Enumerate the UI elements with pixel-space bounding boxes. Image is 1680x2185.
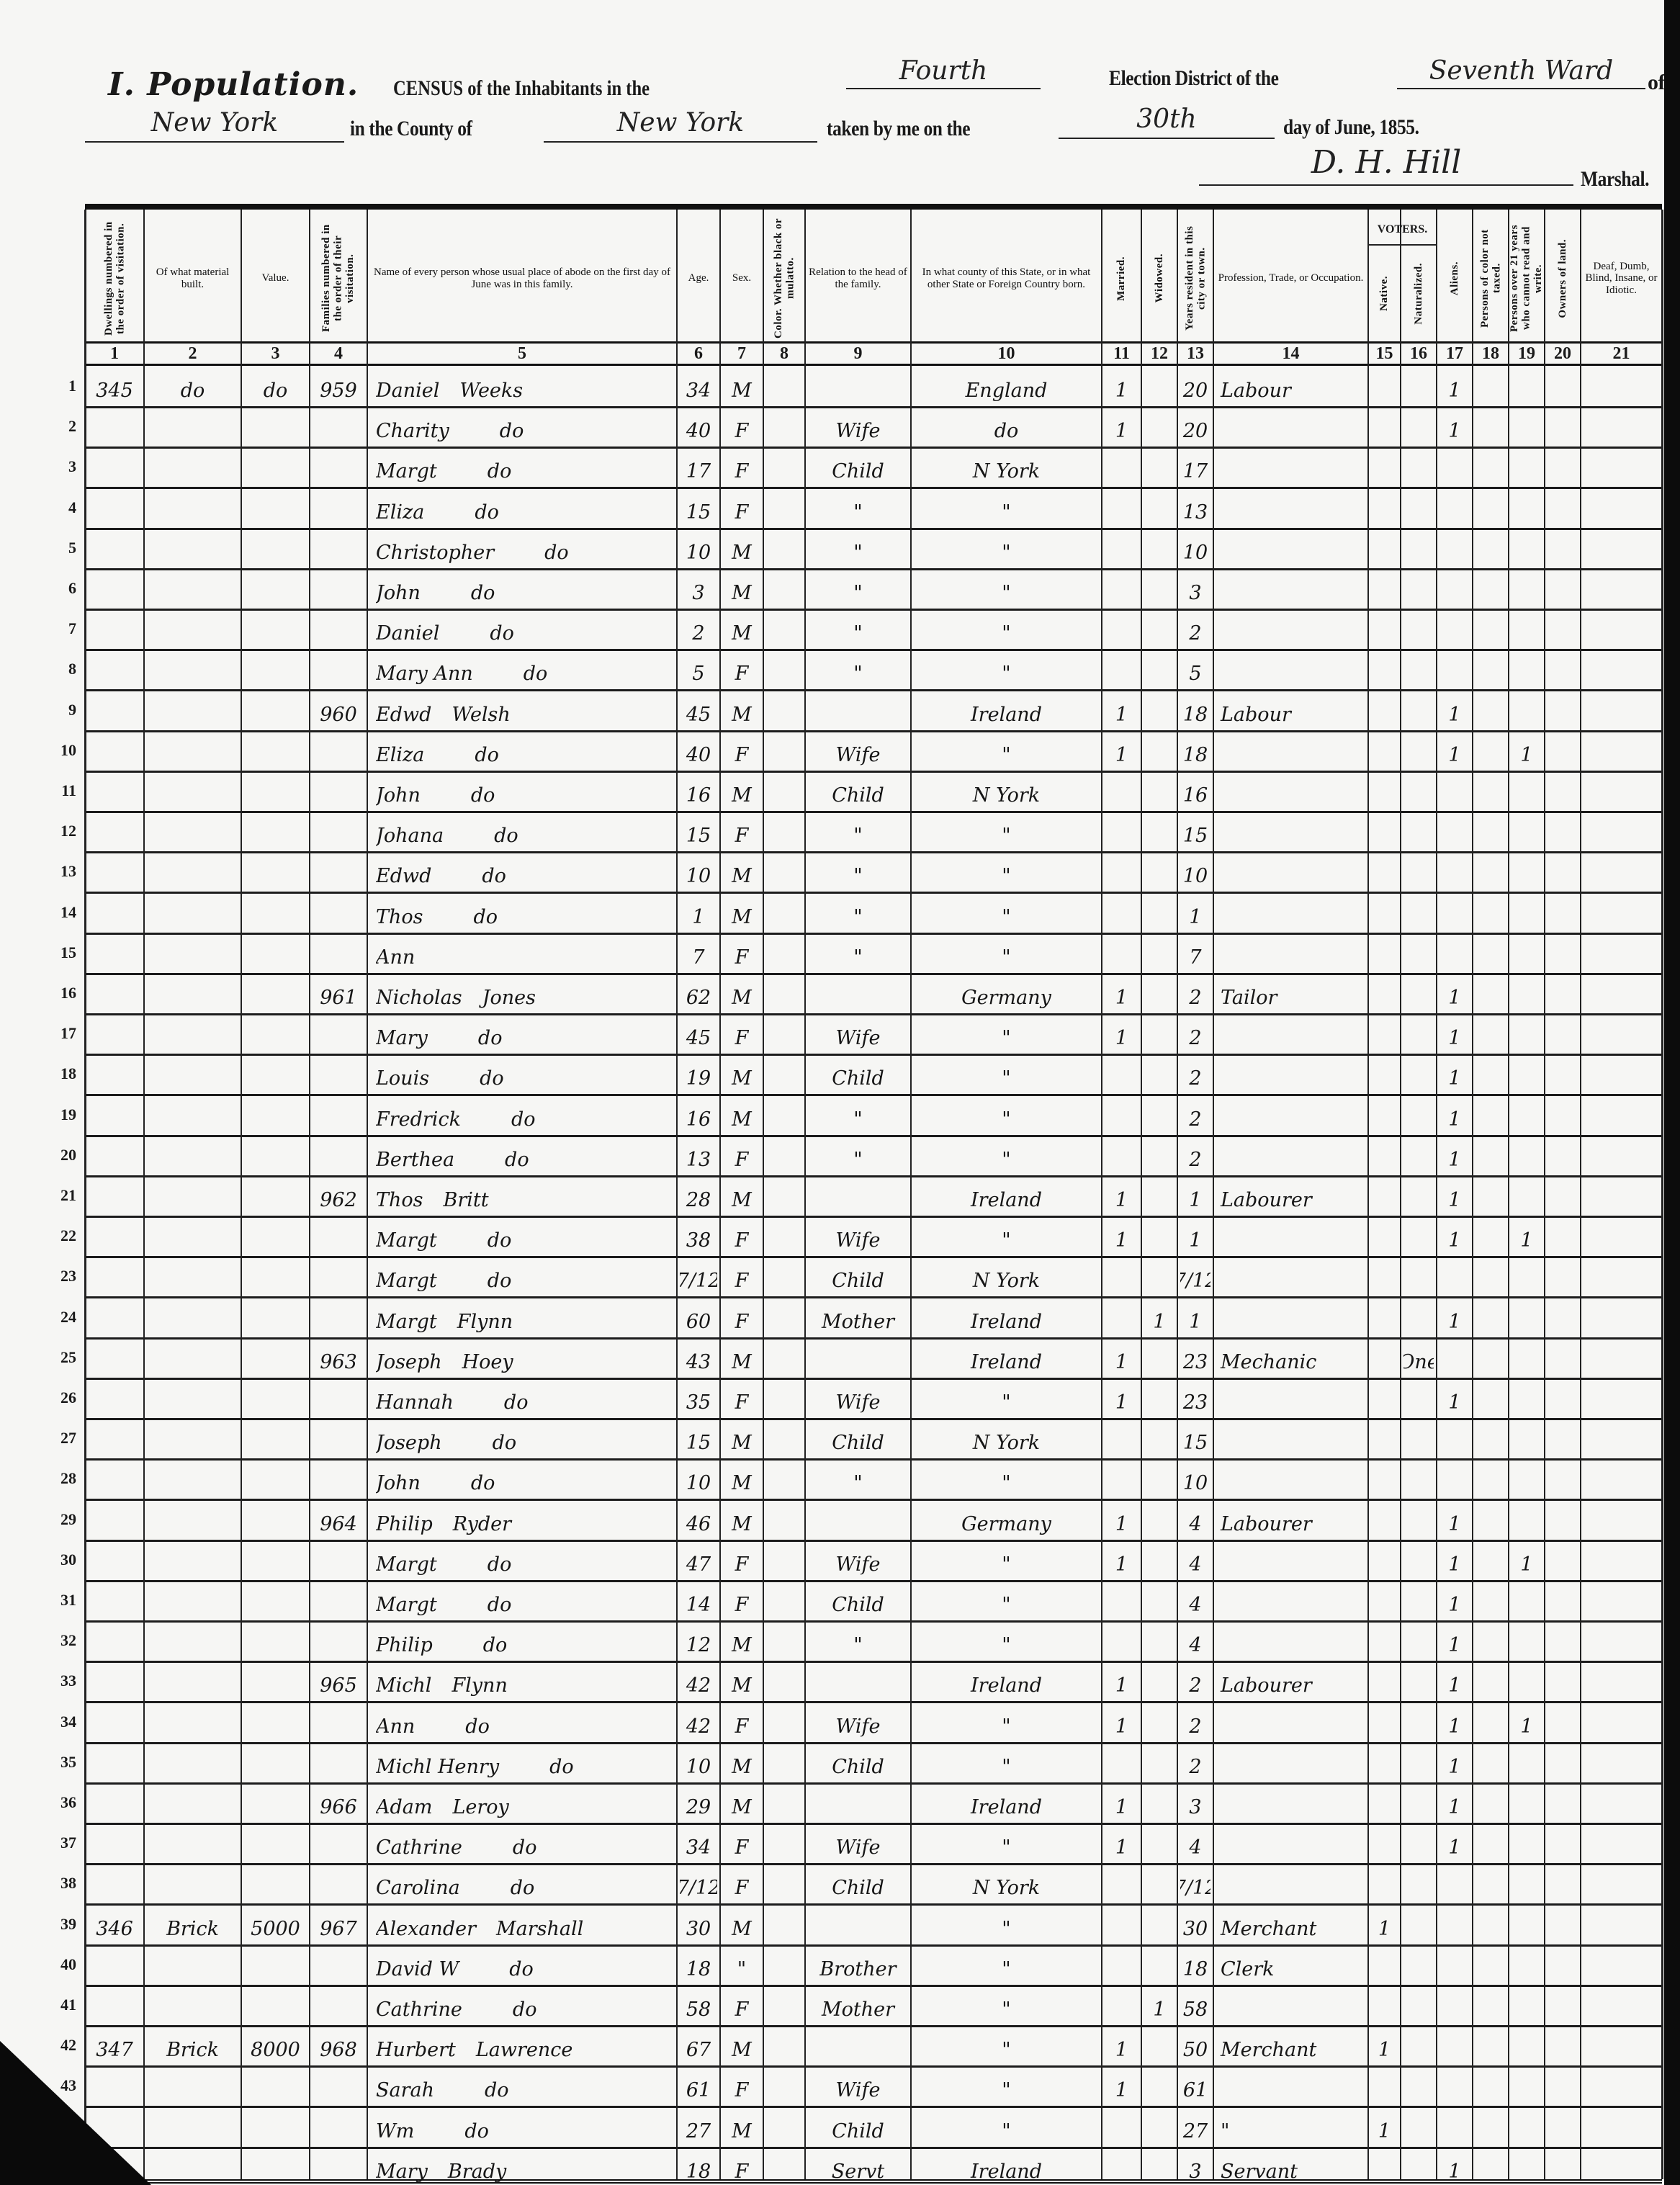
- row-number: 14: [48, 892, 76, 933]
- column-header-label: Families numbered in the order of their …: [320, 217, 356, 340]
- column-header-label: Sex.: [732, 272, 751, 284]
- surname: do: [493, 1432, 517, 1454]
- cell-years: 7: [1180, 933, 1210, 973]
- cell-age: 17: [680, 447, 717, 487]
- column-divider: [309, 210, 310, 2179]
- cell-married: 1: [1105, 1216, 1138, 1256]
- cell-age: 16: [680, 771, 717, 811]
- surname: Marshall: [496, 1918, 583, 1940]
- county-label: in the County of: [350, 117, 472, 141]
- column-number: 12: [1141, 344, 1177, 364]
- row-number: 2: [48, 406, 76, 447]
- surname: do: [480, 1067, 504, 1090]
- given-name: Nicholas: [376, 987, 462, 1009]
- cell-relation: Wife: [808, 1216, 908, 1256]
- cell-aliens: 1: [1439, 1095, 1470, 1135]
- person-name: Anndo: [376, 1702, 674, 1742]
- person-name: Johndo: [376, 568, 674, 609]
- cell-years: 20: [1180, 406, 1210, 447]
- cell-aliens: 1: [1439, 973, 1470, 1013]
- person-name: Philipdo: [376, 1620, 674, 1661]
- cell-relation: Servt: [808, 2147, 908, 2185]
- given-name: Margt: [376, 460, 437, 483]
- column-header-label: Profession, Trade, or Occupation.: [1218, 272, 1364, 284]
- cell-age: 46: [680, 1499, 717, 1540]
- cell-sex: F: [723, 406, 760, 447]
- cell-birthplace: ": [914, 1823, 1099, 1863]
- cell-years: 3: [1180, 2147, 1210, 2185]
- cell-family: 961: [313, 973, 364, 1013]
- surname: Britt: [444, 1189, 489, 1211]
- cell-age: 40: [680, 406, 717, 447]
- cell-age: 7/12: [680, 1863, 717, 1903]
- cell-birthplace: ": [914, 811, 1099, 851]
- column-divider: [143, 210, 145, 2179]
- given-name: Ann: [376, 1715, 415, 1738]
- person-name: Edwddo: [376, 851, 674, 892]
- given-name: Thos: [376, 1189, 423, 1211]
- table-row: 44Wmdo27MChild"27"1: [85, 2107, 1662, 2149]
- table-row: 6Johndo3M""3: [85, 568, 1662, 611]
- surname: do: [524, 663, 548, 685]
- cell-age: 1: [680, 892, 717, 933]
- row-number: 22: [48, 1216, 76, 1256]
- cell-age: 12: [680, 1620, 717, 1661]
- table-row: 1345dodo959DanielWeeks34MEngland120Labou…: [85, 366, 1662, 408]
- column-header-label: Widowed.: [1154, 254, 1166, 302]
- cell-family: 964: [313, 1499, 364, 1540]
- person-name: AlexanderMarshall: [376, 1904, 674, 1944]
- cell-birthplace: ": [914, 730, 1099, 771]
- cell-value: do: [244, 366, 307, 406]
- cell-years: 27: [1180, 2107, 1210, 2147]
- cell-years: 2: [1180, 1054, 1210, 1094]
- cell-age: 45: [680, 690, 717, 730]
- column-header-10: In what county of this State, or in what…: [911, 215, 1102, 341]
- cell-sex: F: [723, 933, 760, 973]
- cell-relation: Child: [808, 1742, 908, 1782]
- cell-years: 61: [1180, 2065, 1210, 2106]
- cell-years: 30: [1180, 1904, 1210, 1944]
- cell-sex: F: [723, 447, 760, 487]
- table-row: 25963JosephHoey43MIreland123MechanicOne: [85, 1337, 1662, 1380]
- surname: do: [485, 2079, 509, 2101]
- row-number: 18: [48, 1054, 76, 1094]
- cell-birthplace: Ireland: [914, 2147, 1099, 2185]
- row-number: 24: [48, 1297, 76, 1337]
- surname: do: [490, 622, 514, 645]
- column-header-label: Aliens.: [1449, 261, 1461, 295]
- given-name: Charity: [376, 420, 449, 442]
- column-header-8: Color. Whether black or mulatto.: [763, 215, 805, 341]
- cell-age: 19: [680, 1054, 717, 1094]
- cell-sex: F: [723, 649, 760, 689]
- cell-years: 16: [1180, 771, 1210, 811]
- column-header-5: Name of every person whose usual place o…: [367, 215, 677, 341]
- cell-years: 1: [1180, 1297, 1210, 1337]
- person-name: Margtdo: [376, 1540, 674, 1580]
- surname: do: [500, 420, 524, 442]
- cell-sex: M: [723, 1904, 760, 1944]
- cell-age: 58: [680, 1985, 717, 2025]
- cell-years: 1: [1180, 1175, 1210, 1216]
- row-number: 11: [48, 771, 76, 811]
- column-divider: [804, 210, 806, 2179]
- given-name: Margt: [376, 1553, 437, 1576]
- cell-relation: Child: [808, 1054, 908, 1094]
- row-number: 7: [48, 609, 76, 649]
- column-divider: [1400, 210, 1401, 2179]
- surname: Flynn: [452, 1674, 507, 1697]
- cell-illiterate: 1: [1511, 1702, 1542, 1742]
- given-name: Eliza: [376, 501, 424, 524]
- column-header-label: Of what material built.: [145, 266, 240, 290]
- cell-sex: M: [723, 1095, 760, 1135]
- cell-birthplace: ": [914, 1620, 1099, 1661]
- cell-relation: Wife: [808, 2065, 908, 2106]
- cell-years: 50: [1180, 2025, 1210, 2065]
- column-header-label: Married.: [1115, 256, 1128, 301]
- given-name: Berthea: [376, 1149, 454, 1171]
- person-name: Ann: [376, 933, 674, 973]
- surname: Hoey: [462, 1351, 513, 1373]
- table-row: 41Cathrinedo58FMother"158: [85, 1985, 1662, 2027]
- cell-relation: ": [808, 933, 908, 973]
- cell-married: 1: [1105, 1782, 1138, 1823]
- cell-sex: M: [723, 1418, 760, 1458]
- surname: do: [511, 1877, 535, 1899]
- cell-birthplace: Ireland: [914, 690, 1099, 730]
- table-row: 23Margtdo7/12FChildN York7/12: [85, 1256, 1662, 1298]
- surname: do: [471, 582, 495, 604]
- column-number: 14: [1213, 344, 1368, 364]
- table-row: 20Bertheado13F""21: [85, 1135, 1662, 1177]
- cell-sex: M: [723, 1337, 760, 1378]
- ward-field: Seventh Ward: [1397, 56, 1645, 89]
- table-row: 36966AdamLeroy29MIreland131: [85, 1782, 1662, 1825]
- cell-sex: M: [723, 1742, 760, 1782]
- given-name: John: [376, 582, 421, 604]
- cell-age: 67: [680, 2025, 717, 2065]
- column-divider: [1661, 210, 1663, 2179]
- row-number: 12: [48, 811, 76, 851]
- column-divider: [1177, 210, 1178, 2179]
- table-row: 22Margtdo38FWife"1111: [85, 1216, 1662, 1258]
- given-name: Thos: [376, 906, 423, 928]
- cell-sex: M: [723, 1499, 760, 1540]
- table-row: 39346Brick5000967AlexanderMarshall30M"30…: [85, 1904, 1662, 1947]
- cell-material: Brick: [147, 2025, 238, 2065]
- cell-married: 1: [1105, 973, 1138, 1013]
- cell-dwelling: 346: [88, 1904, 141, 1944]
- cell-years: 20: [1180, 366, 1210, 406]
- column-header-label: Owners of land.: [1557, 239, 1569, 318]
- cell-occupation: ": [1216, 2107, 1365, 2147]
- cell-illiterate: 1: [1511, 730, 1542, 771]
- cell-birthplace: N York: [914, 1418, 1099, 1458]
- row-number: 32: [48, 1620, 76, 1661]
- given-name: Christopher: [376, 542, 494, 564]
- row-number: 20: [48, 1135, 76, 1175]
- cell-occupation: Merchant: [1216, 1904, 1365, 1944]
- person-name: EdwdWelsh: [376, 690, 674, 730]
- column-divider: [1367, 210, 1369, 2179]
- column-number: 19: [1509, 344, 1545, 364]
- cell-relation: Child: [808, 2107, 908, 2147]
- cell-married: 1: [1105, 1661, 1138, 1701]
- cell-sex: F: [723, 1863, 760, 1903]
- cell-value: 8000: [244, 2025, 307, 2065]
- surname: do: [471, 784, 495, 807]
- cell-sex: M: [723, 1458, 760, 1499]
- surname: Ryder: [453, 1513, 511, 1535]
- cell-sex: M: [723, 892, 760, 933]
- day-field: 30th: [1059, 104, 1275, 139]
- cell-family: 962: [313, 1175, 364, 1216]
- cell-relation: Child: [808, 771, 908, 811]
- cell-birthplace: ": [914, 528, 1099, 568]
- column-header-9: Relation to the head of the family.: [805, 215, 911, 341]
- surname: do: [511, 1108, 536, 1131]
- column-header-14: Profession, Trade, or Occupation.: [1213, 215, 1368, 341]
- given-name: Carolina: [376, 1877, 460, 1899]
- cell-years: 4: [1180, 1540, 1210, 1580]
- cell-relation: Wife: [808, 1702, 908, 1742]
- column-header-17: Aliens.: [1437, 215, 1473, 341]
- given-name: Michl: [376, 1674, 431, 1697]
- cell-sex: M: [723, 528, 760, 568]
- cell-birthplace: do: [914, 406, 1099, 447]
- cell-relation: Brother: [808, 1944, 908, 1985]
- cell-widowed: 1: [1144, 1297, 1174, 1337]
- census-intro: CENSUS of the Inhabitants in the: [393, 76, 650, 101]
- person-name: NicholasJones: [376, 973, 674, 1013]
- column-divider: [719, 210, 721, 2179]
- surname: do: [474, 906, 498, 928]
- surname: do: [464, 2120, 489, 2143]
- cell-birthplace: ": [914, 1458, 1099, 1499]
- cell-married: 1: [1105, 2065, 1138, 2106]
- cell-relation: Wife: [808, 730, 908, 771]
- cell-birthplace: ": [914, 488, 1099, 528]
- cell-age: 38: [680, 1216, 717, 1256]
- table-row: 9960EdwdWelsh45MIreland118Labour1: [85, 690, 1662, 732]
- cell-birthplace: ": [914, 1742, 1099, 1782]
- cell-years: 10: [1180, 528, 1210, 568]
- row-number: 17: [48, 1013, 76, 1054]
- column-number: 6: [677, 344, 720, 364]
- person-name: Thosdo: [376, 892, 674, 933]
- table-row: 19Fredrickdo16M""21: [85, 1095, 1662, 1137]
- given-name: Hurbert: [376, 2039, 456, 2061]
- person-name: Cathrinedo: [376, 1823, 674, 1863]
- cell-occupation: Merchant: [1216, 2025, 1365, 2065]
- scan-corner: [0, 2041, 151, 2185]
- column-header-label: Color. Whether black or mulatto.: [773, 217, 796, 340]
- cell-sex: F: [723, 1823, 760, 1863]
- cell-years: 4: [1180, 1620, 1210, 1661]
- column-header-4: Families numbered in the order of their …: [310, 215, 367, 341]
- column-header-21: Deaf, Dumb, Blind, Insane, or Idiotic.: [1581, 215, 1662, 341]
- taken-label: taken by me on the: [827, 117, 970, 141]
- given-name: Alexander: [376, 1918, 476, 1940]
- scan-edge: [1664, 0, 1680, 2185]
- given-name: Cathrine: [376, 1836, 462, 1859]
- cell-birthplace: Ireland: [914, 1175, 1099, 1216]
- cell-aliens: 1: [1439, 1823, 1470, 1863]
- table-row: 26Hannahdo35FWife"1231: [85, 1378, 1662, 1420]
- column-number: 13: [1177, 344, 1213, 364]
- row-number: 29: [48, 1499, 76, 1540]
- cell-relation: ": [808, 488, 908, 528]
- row-number: 38: [48, 1863, 76, 1903]
- cell-birthplace: ": [914, 609, 1099, 649]
- cell-relation: Wife: [808, 1013, 908, 1054]
- cell-sex: F: [723, 2147, 760, 2185]
- surname: do: [509, 1958, 534, 1980]
- cell-birthplace: Ireland: [914, 1297, 1099, 1337]
- row-number: 33: [48, 1661, 76, 1701]
- cell-relation: ": [808, 1135, 908, 1175]
- table-row: 16961NicholasJones62MGermany12Tailor1: [85, 973, 1662, 1015]
- column-header-20: Owners of land.: [1545, 215, 1581, 341]
- column-number: 2: [144, 344, 241, 364]
- cell-age: 61: [680, 2065, 717, 2106]
- cell-occupation: Mechanic: [1216, 1337, 1365, 1378]
- column-header-label: Relation to the head of the family.: [807, 266, 909, 290]
- cell-years: 15: [1180, 811, 1210, 851]
- surname: do: [483, 1634, 508, 1656]
- column-number-row: 123456789101112131415161718192021: [85, 344, 1662, 364]
- cell-family: 967: [313, 1904, 364, 1944]
- cell-married: 1: [1105, 1175, 1138, 1216]
- given-name: Mary Ann: [376, 663, 473, 685]
- surname: do: [505, 1149, 529, 1171]
- row-number: 10: [48, 730, 76, 771]
- surname: Flynn: [457, 1311, 513, 1333]
- cell-family: 960: [313, 690, 364, 730]
- table-row: 40David Wdo18"Brother"18Clerk: [85, 1944, 1662, 1987]
- cell-dwelling: 345: [88, 366, 141, 406]
- cell-native: 1: [1371, 1904, 1398, 1944]
- table-row: 37Cathrinedo34FWife"141: [85, 1823, 1662, 1865]
- column-number: 9: [805, 344, 911, 364]
- person-name: MichlFlynn: [376, 1661, 674, 1701]
- cell-married: 1: [1105, 1823, 1138, 1863]
- row-number: 23: [48, 1256, 76, 1296]
- table-row: 33965MichlFlynn42MIreland12Labourer1: [85, 1661, 1662, 1703]
- election-district-field: Fourth: [846, 56, 1041, 89]
- cell-aliens: 1: [1439, 690, 1470, 730]
- column-number: 1: [85, 344, 144, 364]
- surname: Welsh: [452, 704, 510, 726]
- table-row: 28Johndo10M""10: [85, 1458, 1662, 1501]
- surname: Lawrence: [476, 2039, 573, 2061]
- cell-age: 60: [680, 1297, 717, 1337]
- cell-sex: F: [723, 1985, 760, 2025]
- row-number: 21: [48, 1175, 76, 1216]
- surname: do: [475, 501, 499, 524]
- cell-family: 959: [313, 366, 364, 406]
- cell-age: 43: [680, 1337, 717, 1378]
- surname: do: [482, 865, 506, 887]
- cell-birthplace: ": [914, 568, 1099, 609]
- cell-relation: Child: [808, 1418, 908, 1458]
- table-row: 2Charitydo40FWifedo1201: [85, 406, 1662, 449]
- cell-family: 965: [313, 1661, 364, 1701]
- given-name: Philip: [376, 1513, 433, 1535]
- row-number: 40: [48, 1944, 76, 1985]
- column-divider: [1436, 210, 1437, 2179]
- surname: do: [488, 1229, 512, 1252]
- column-header-label: Deaf, Dumb, Blind, Insane, or Idiotic.: [1582, 261, 1661, 297]
- person-name: Fredrickdo: [376, 1095, 674, 1135]
- cell-years: 10: [1180, 1458, 1210, 1499]
- given-name: Philip: [376, 1634, 433, 1656]
- given-name: Cathrine: [376, 1998, 462, 2021]
- column-number: 15: [1368, 344, 1401, 364]
- row-number: 25: [48, 1337, 76, 1378]
- given-name: Joseph: [376, 1351, 442, 1373]
- cell-occupation: Labour: [1216, 690, 1365, 730]
- cell-years: 23: [1180, 1337, 1210, 1378]
- cell-age: 14: [680, 1580, 717, 1620]
- column-header-label: Dwellings numbered in the order of visit…: [103, 217, 127, 340]
- surname: do: [549, 1756, 574, 1778]
- cell-married: 1: [1105, 690, 1138, 730]
- cell-sex: M: [723, 771, 760, 811]
- cell-birthplace: ": [914, 1216, 1099, 1256]
- person-name: Michl Henrydo: [376, 1742, 674, 1782]
- cell-relation: ": [808, 811, 908, 851]
- surname: Leroy: [452, 1796, 508, 1818]
- cell-sex: F: [723, 1378, 760, 1418]
- row-number: 30: [48, 1540, 76, 1580]
- cell-sex: F: [723, 1216, 760, 1256]
- cell-aliens: 1: [1439, 2147, 1470, 2185]
- cell-occupation: Labourer: [1216, 1661, 1365, 1701]
- county-field: New York: [544, 108, 817, 143]
- cell-age: 18: [680, 2147, 717, 2185]
- cell-material: do: [147, 366, 238, 406]
- given-name: Hannah: [376, 1391, 454, 1414]
- table-row: 14Thosdo1M""1: [85, 892, 1662, 935]
- cell-birthplace: Germany: [914, 1499, 1099, 1540]
- row-number: 39: [48, 1904, 76, 1944]
- cell-naturalized: One: [1403, 1337, 1434, 1378]
- cell-birthplace: ": [914, 1580, 1099, 1620]
- table-row: 24MargtFlynn60FMotherIreland111: [85, 1297, 1662, 1340]
- column-divider: [1213, 210, 1214, 2179]
- cell-years: 4: [1180, 1823, 1210, 1863]
- surname: do: [488, 460, 512, 483]
- row-number: 1: [48, 366, 76, 406]
- column-header-label: Naturalized.: [1413, 263, 1425, 325]
- cell-age: 28: [680, 1175, 717, 1216]
- cell-relation: ": [808, 892, 908, 933]
- table-row: 30Margtdo47FWife"1411: [85, 1540, 1662, 1582]
- given-name: John: [376, 1472, 421, 1494]
- given-name: Sarah: [376, 2079, 434, 2101]
- person-name: Margtdo: [376, 1216, 674, 1256]
- cell-years: 1: [1180, 892, 1210, 933]
- given-name: Edwd: [376, 865, 431, 887]
- surname: do: [478, 1027, 503, 1049]
- cell-married: 1: [1105, 730, 1138, 771]
- cell-sex: M: [723, 1054, 760, 1094]
- column-header-1: Dwellings numbered in the order of visit…: [85, 215, 144, 341]
- cell-years: 18: [1180, 690, 1210, 730]
